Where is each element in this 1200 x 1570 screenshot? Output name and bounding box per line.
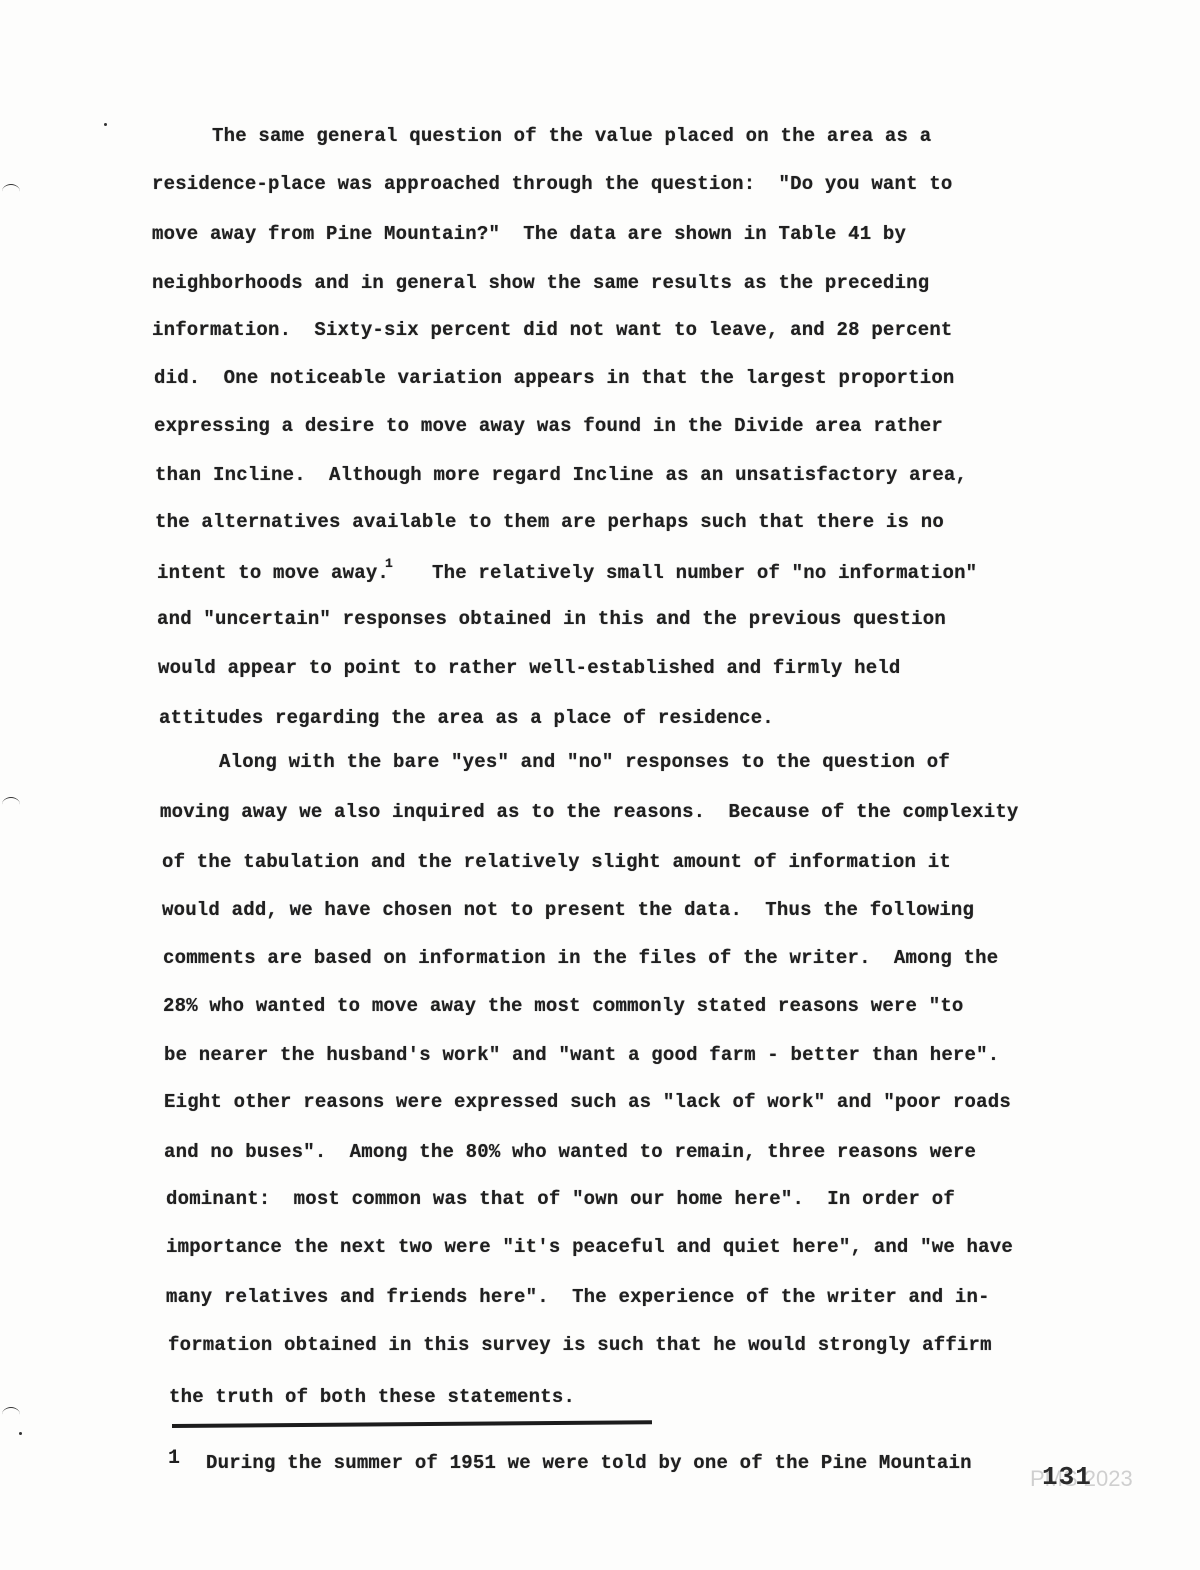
paragraph-2-line-6: 28% who wanted to move away the most com… [163,994,964,1018]
paragraph-1-line-2: residence-place was approached through t… [152,172,953,196]
paragraph-1-line-7: expressing a desire to move away was fou… [154,414,943,438]
footnote-divider [172,1420,652,1428]
footnote-marker: 1 [168,1447,180,1470]
scan-artifact-speck [19,1432,22,1435]
scan-artifact-speck [104,123,107,126]
paragraph-2-line-5: comments are based on information in the… [163,946,998,970]
paragraph-1-line-12: would appear to point to rather well-est… [158,656,901,680]
paragraph-1-line-10a: intent to move away. [157,561,389,585]
paragraph-1-line-1: The same general question of the value p… [212,124,931,148]
paragraph-2-line-3: of the tabulation and the relatively sli… [162,850,951,874]
paragraph-2-line-1: Along with the bare "yes" and "no" respo… [219,750,950,774]
paragraph-1-line-8: than Incline. Although more regard Incli… [155,463,967,487]
paragraph-1-line-4: neighborhoods and in general show the sa… [152,271,929,295]
paragraph-1-line-5: information. Sixty-six percent did not w… [152,318,953,342]
footnote-text: During the summer of 1951 we were told b… [206,1451,972,1475]
paragraph-2-line-11: importance the next two were "it's peace… [166,1235,1013,1259]
paragraph-1-line-10b: The relatively small number of "no infor… [432,561,977,585]
paragraph-1-line-13: attitudes regarding the area as a place … [159,706,774,730]
paragraph-2-line-4: would add, we have chosen not to present… [162,898,974,922]
paragraph-2-line-2: moving away we also inquired as to the r… [160,800,1019,824]
paragraph-1-line-3: move away from Pine Mountain?" The data … [152,222,906,246]
scan-artifact-mark [2,797,20,812]
paragraph-2-line-8: Eight other reasons were expressed such … [164,1090,1011,1114]
paragraph-1-line-9: the alternatives available to them are p… [155,510,944,534]
footnote-superscript: 1 [385,552,393,576]
document-page: The same general question of the value p… [0,0,1200,1570]
paragraph-2-line-14: the truth of both these statements. [169,1385,575,1409]
scan-artifact-mark [2,1407,20,1422]
scan-artifact-mark [2,184,20,199]
paragraph-2-line-13: formation obtained in this survey is suc… [168,1333,992,1357]
paragraph-2-line-12: many relatives and friends here". The ex… [166,1285,990,1309]
paragraph-2-line-9: and no buses". Among the 80% who wanted … [164,1140,976,1164]
paragraph-1-line-11: and "uncertain" responses obtained in th… [157,607,946,631]
paragraph-2-line-10: dominant: most common was that of "own o… [166,1187,955,1211]
page-number: 131 [1042,1462,1092,1492]
paragraph-2-line-7: be nearer the husband's work" and "want … [164,1043,999,1067]
paragraph-1-line-6: did. One noticeable variation appears in… [154,366,955,390]
